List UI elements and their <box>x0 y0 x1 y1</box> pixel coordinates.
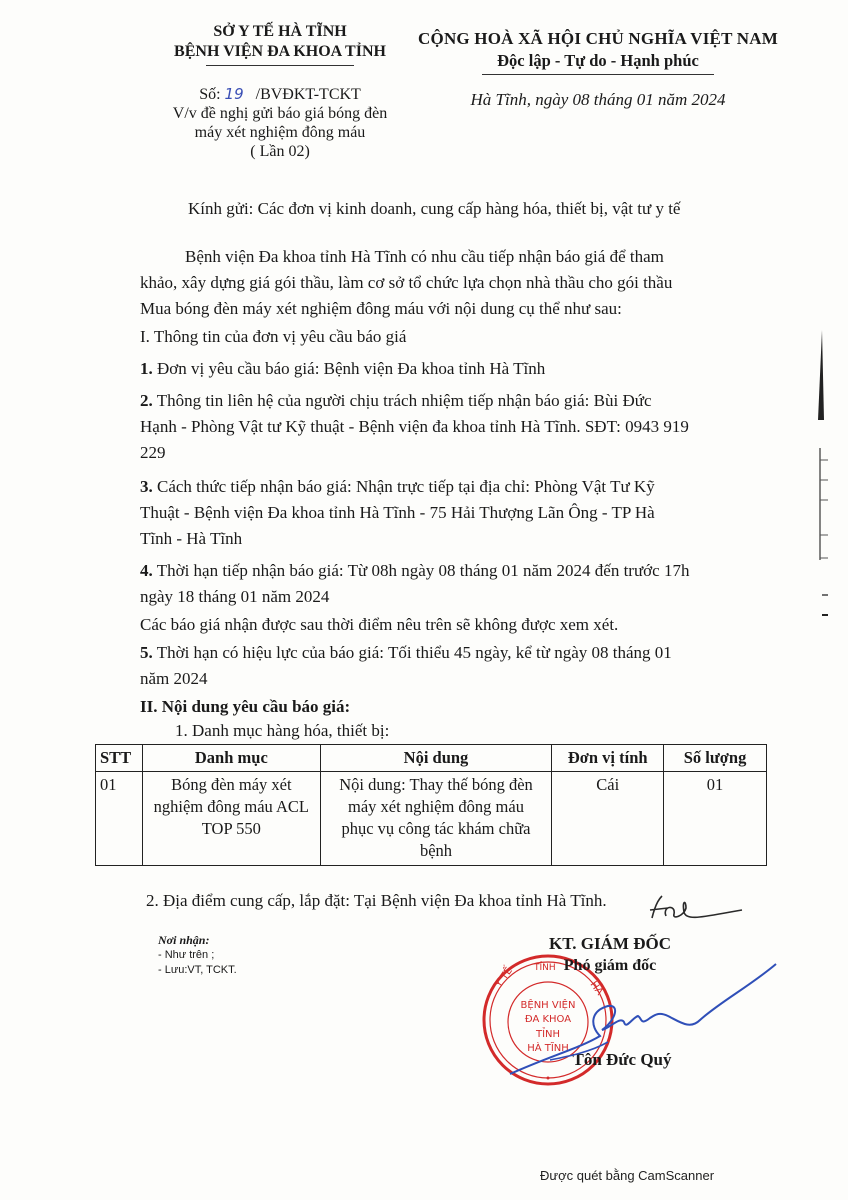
item-number: 4. <box>140 561 153 580</box>
section-1-item-2: 2. Thông tin liên hệ của người chịu trác… <box>140 388 652 413</box>
cell-don-vi: Cái <box>552 772 664 866</box>
doc-no-suffix: /BVĐKT-TCKT <box>256 86 361 103</box>
agency-name: BỆNH VIỆN ĐA KHOA TỈNH <box>120 42 440 62</box>
section-1-title: I. Thông tin của đơn vị yêu cầu báo giá <box>140 324 406 349</box>
subject-line: V/v đề nghị gửi báo giá bóng đèn <box>120 104 440 123</box>
motto-divider <box>482 74 714 75</box>
initials-signature-icon <box>646 892 746 926</box>
col-so-luong: Số lượng <box>664 745 767 772</box>
item-text: Tĩnh - Hà Tĩnh <box>140 526 242 551</box>
item-text: Thông tin liên hệ của người chịu trách n… <box>153 391 652 410</box>
intro-line: khảo, xây dựng giá gói thầu, làm cơ sở t… <box>140 270 672 295</box>
doc-no-label: Số: <box>199 86 220 103</box>
handwritten-signature-icon <box>490 956 790 1086</box>
delivery-location: 2. Địa điểm cung cấp, lắp đặt: Tại Bệnh … <box>146 888 607 913</box>
item-text: Cách thức tiếp nhận báo giá: Nhận trực t… <box>153 477 655 496</box>
item-text: 229 <box>140 440 166 465</box>
item-text: ngày 18 tháng 01 năm 2024 <box>140 584 329 609</box>
header-divider <box>206 65 354 66</box>
col-don-vi-tinh: Đơn vị tính <box>552 745 664 772</box>
document-number: Số: 19 /BVĐKT-TCKT <box>120 84 440 105</box>
recipient-item: - Lưu:VT, TCKT. <box>158 963 237 978</box>
item-text: năm 2024 <box>140 666 208 691</box>
section-1-item-5: 5. Thời hạn có hiệu lực của báo giá: Tối… <box>140 640 672 665</box>
item-text: Thuật - Bệnh viện Đa khoa tỉnh Hà Tĩnh -… <box>140 500 655 525</box>
recipients-block: Nơi nhận: - Như trên ; - Lưu:VT, TCKT. <box>158 933 237 978</box>
goods-list-heading: 1. Danh mục hàng hóa, thiết bị: <box>175 718 389 743</box>
item-number: 2. <box>140 391 153 410</box>
subject-line: máy xét nghiệm đông máu <box>120 123 440 142</box>
agency-parent: SỞ Y TẾ HÀ TĨNH <box>120 22 440 42</box>
document-date: Hà Tĩnh, ngày 08 tháng 01 năm 2024 <box>398 90 798 110</box>
item-number: 5. <box>140 643 153 662</box>
cell-danh-muc: Bóng đèn máy xét nghiệm đông máu ACL TOP… <box>142 772 320 866</box>
item-number: 3. <box>140 477 153 496</box>
national-motto: Độc lập - Tự do - Hạnh phúc <box>398 50 798 72</box>
signer-title: KT. GIÁM ĐỐC <box>500 933 720 955</box>
section-1-item-3: 3. Cách thức tiếp nhận báo giá: Nhận trự… <box>140 474 655 499</box>
col-stt: STT <box>96 745 143 772</box>
intro-line: Mua bóng đèn máy xét nghiệm đông máu với… <box>140 296 622 321</box>
subject-line: ( Lần 02) <box>120 142 440 161</box>
national-header: CỘNG HOÀ XÃ HỘI CHỦ NGHĨA VIỆT NAM Độc l… <box>398 28 798 75</box>
national-title: CỘNG HOÀ XÃ HỘI CHỦ NGHĨA VIỆT NAM <box>398 28 798 50</box>
doc-no-handwritten: 19 <box>225 85 244 103</box>
section-1-item-1: 1. Đơn vị yêu cầu báo giá: Bệnh viện Đa … <box>140 356 545 381</box>
col-danh-muc: Danh mục <box>142 745 320 772</box>
recipient-item: - Như trên ; <box>158 948 237 963</box>
intro-line: Bệnh viện Đa khoa tỉnh Hà Tĩnh có nhu cầ… <box>185 244 664 269</box>
table-header-row: STT Danh mục Nội dung Đơn vị tính Số lượ… <box>96 745 767 772</box>
document-subject: V/v đề nghị gửi báo giá bóng đèn máy xét… <box>120 104 440 161</box>
cell-stt: 01 <box>96 772 143 866</box>
recipients-title: Nơi nhận: <box>158 933 237 948</box>
item-text: Thời hạn có hiệu lực của báo giá: Tối th… <box>153 643 672 662</box>
goods-table: STT Danh mục Nội dung Đơn vị tính Số lượ… <box>95 744 767 866</box>
section-1-item-4: 4. Thời hạn tiếp nhận báo giá: Từ 08h ng… <box>140 558 689 583</box>
scanner-watermark: Được quét bằng CamScanner <box>540 1168 714 1183</box>
col-noi-dung: Nội dung <box>320 745 552 772</box>
cell-noi-dung: Nội dung: Thay thế bóng đèn máy xét nghi… <box>320 772 552 866</box>
late-quote-note: Các báo giá nhận được sau thời điểm nêu … <box>140 612 618 637</box>
item-text: Thời hạn tiếp nhận báo giá: Từ 08h ngày … <box>153 561 690 580</box>
item-text: Đơn vị yêu cầu báo giá: Bệnh viện Đa kho… <box>153 359 546 378</box>
table-row: 01 Bóng đèn máy xét nghiệm đông máu ACL … <box>96 772 767 866</box>
section-2-title: II. Nội dung yêu cầu báo giá: <box>140 694 350 719</box>
issuing-agency-header: SỞ Y TẾ HÀ TĨNH BỆNH VIỆN ĐA KHOA TỈNH <box>120 22 440 66</box>
salutation: Kính gửi: Các đơn vị kinh doanh, cung cấ… <box>188 196 680 221</box>
item-text: Hạnh - Phòng Vật tư Kỹ thuật - Bệnh viện… <box>140 414 689 439</box>
item-number: 1. <box>140 359 153 378</box>
cell-so-luong: 01 <box>664 772 767 866</box>
scan-edge-marks-icon <box>808 330 838 630</box>
